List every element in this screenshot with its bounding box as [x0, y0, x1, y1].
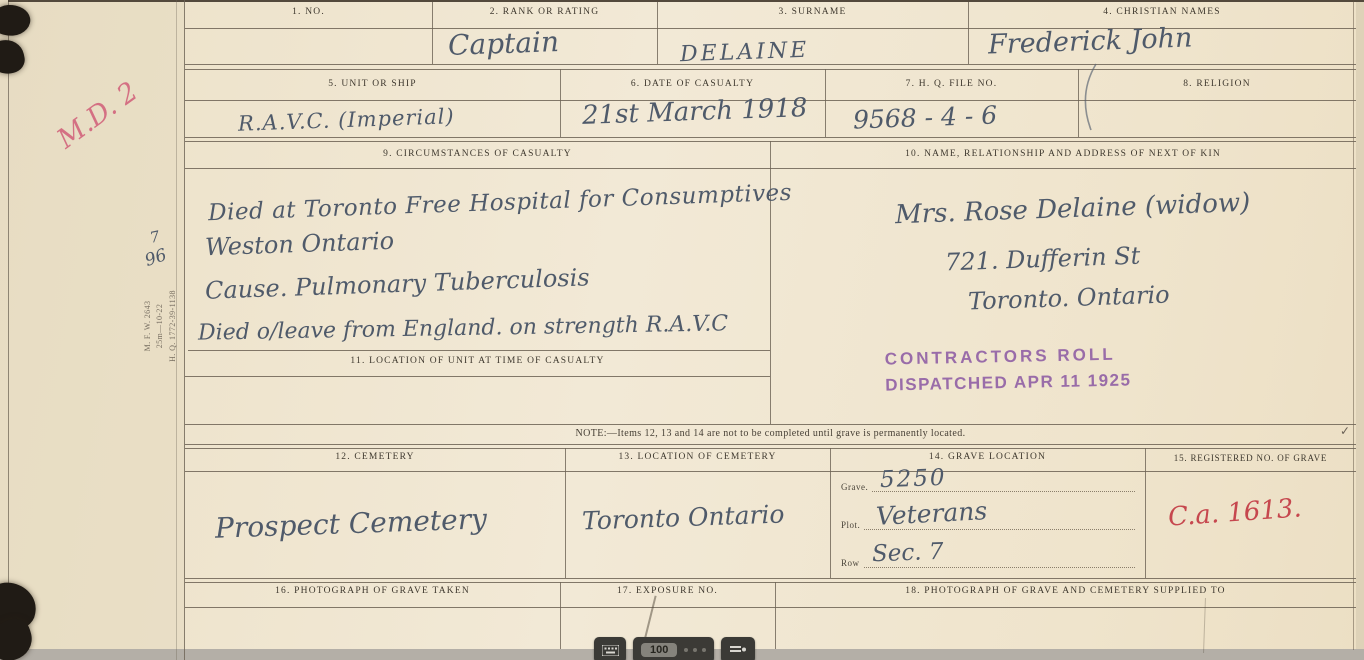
- field-no-label: 1. NO.: [185, 7, 432, 17]
- stamp-line2: DISPATCHED APR 11 1925: [885, 367, 1132, 398]
- rule-line: [185, 64, 1356, 65]
- viewer-toolbar: 100: [594, 637, 755, 660]
- form-number-line3: H. Q. 1772-39-1138: [167, 264, 179, 388]
- rank-value: Captain: [447, 25, 559, 62]
- rule-line: [184, 0, 185, 660]
- cemetery-value: Prospect Cemetery: [215, 502, 488, 544]
- cemetery-location-label: 13. LOCATION OF CEMETERY: [565, 452, 830, 462]
- casualty-form-scan: 1. NO. 2. RANK OR RATING 3. SURNAME 4. C…: [0, 0, 1364, 660]
- layers-icon: [730, 645, 746, 656]
- field-hq-file-label: 7. H. Q. FILE NO.: [825, 79, 1078, 89]
- rule-line: [185, 69, 1356, 70]
- rule-line: [830, 448, 831, 578]
- form-number-imprint: M. F. W. 2643 25m—10-22 H. Q. 1772-39-11…: [142, 264, 179, 388]
- rule-line: [185, 424, 1356, 425]
- md-number-annotation: M.D. 2: [52, 76, 144, 155]
- rule-line: [185, 376, 770, 377]
- grave-location-label: 14. GRAVE LOCATION: [830, 452, 1145, 462]
- circumstances-line1: Died at Toronto Free Hospital for Consum…: [208, 180, 793, 226]
- circumstances-line2: Weston Ontario: [205, 227, 395, 262]
- margin-tick-1: 7: [148, 227, 161, 247]
- zoom-level-field[interactable]: 100: [641, 643, 677, 657]
- photo-supplied-label: 18. PHOTOGRAPH OF GRAVE AND CEMETERY SUP…: [775, 586, 1356, 596]
- rule-line: [185, 448, 1356, 449]
- field-unit-label: 5. UNIT OR SHIP: [185, 79, 560, 89]
- row-value: Sec. 7: [872, 539, 944, 567]
- grave-number-label: Grave.: [841, 482, 872, 492]
- circumstances-line4: Died o/leave from England. on strength R…: [198, 311, 728, 345]
- plot-value: Veterans: [875, 496, 988, 531]
- grave-number-value: 5250: [880, 465, 947, 493]
- circumstances-line3: Cause. Pulmonary Tuberculosis: [205, 263, 590, 304]
- form-number-line1: M. F. W. 2643: [142, 264, 154, 388]
- scan-left-edge: [8, 0, 9, 660]
- field-surname-label: 3. SURNAME: [657, 7, 968, 17]
- dispatched-stamp: CONTRACTORS ROLL DISPATCHED APR 11 1925: [884, 341, 1131, 398]
- rule-line: [770, 168, 1356, 169]
- keyboard-button[interactable]: [594, 637, 626, 660]
- zoom-controls: 100: [633, 637, 714, 660]
- cemetery-location-value: Toronto Ontario: [582, 499, 785, 535]
- rule-line: [185, 607, 1356, 608]
- christian-names-value: Frederick John: [988, 22, 1193, 60]
- rule-line: [1353, 0, 1354, 650]
- next-of-kin-line1: Mrs. Rose Delaine (widow): [895, 188, 1251, 230]
- next-of-kin-label: 10. NAME, RELATIONSHIP AND ADDRESS OF NE…: [770, 149, 1356, 159]
- stray-pen-stroke: [1080, 62, 1104, 132]
- exposure-label: 17. EXPOSURE NO.: [560, 586, 775, 596]
- rule-line: [185, 582, 1356, 583]
- field-christian-names-label: 4. CHRISTIAN NAMES: [968, 7, 1356, 17]
- note-text: NOTE:—Items 12, 13 and 14 are not to be …: [185, 428, 1356, 439]
- rule-line: [565, 448, 566, 578]
- row-label: Row: [841, 558, 864, 568]
- registered-no-label: 15. REGISTERED NO. OF GRAVE: [1145, 453, 1356, 463]
- zoom-slider[interactable]: [684, 648, 706, 652]
- circumstances-label: 9. CIRCUMSTANCES OF CASUALTY: [185, 149, 770, 159]
- field-religion-label: 8. RELIGION: [1078, 79, 1356, 89]
- plot-label: Plot.: [841, 520, 864, 530]
- next-of-kin-line2: 721. Dufferin St: [945, 242, 1141, 277]
- field-rank-label: 2. RANK OR RATING: [432, 7, 657, 17]
- rule-line: [1145, 448, 1146, 578]
- unit-value: R.A.V.C. (Imperial): [238, 104, 455, 136]
- rule-line: [185, 471, 1356, 472]
- cemetery-label: 12. CEMETERY: [185, 452, 565, 462]
- paper-right-edge: [1356, 0, 1364, 660]
- location-of-unit-label: 11. LOCATION OF UNIT AT TIME OF CASUALTY: [185, 356, 770, 366]
- photo-taken-label: 16. PHOTOGRAPH OF GRAVE TAKEN: [185, 586, 560, 596]
- rule-line: [185, 168, 770, 169]
- hq-file-value: 9568 - 4 - 6: [853, 100, 998, 134]
- next-of-kin-line3: Toronto. Ontario: [968, 280, 1170, 315]
- date-casualty-value: 21st March 1918: [582, 93, 808, 131]
- rule-line: [185, 444, 1356, 445]
- rule-line: [185, 137, 1356, 138]
- stray-check-mark: ✓: [1340, 424, 1351, 438]
- field-date-casualty-label: 6. DATE OF CASUALTY: [560, 79, 825, 89]
- scan-top-edge: [8, 0, 1364, 2]
- rule-line: [185, 141, 1356, 142]
- registered-no-value: C.a. 1613.: [1167, 493, 1302, 532]
- form-number-line2: 25m—10-22: [154, 264, 166, 388]
- surname-value: DELAINE: [680, 38, 810, 67]
- layers-button[interactable]: [721, 637, 755, 660]
- rule-line: [188, 350, 770, 351]
- keyboard-icon: [602, 645, 619, 656]
- rule-line: [185, 578, 1356, 579]
- punch-hole: [0, 1, 33, 40]
- punch-hole: [0, 37, 27, 78]
